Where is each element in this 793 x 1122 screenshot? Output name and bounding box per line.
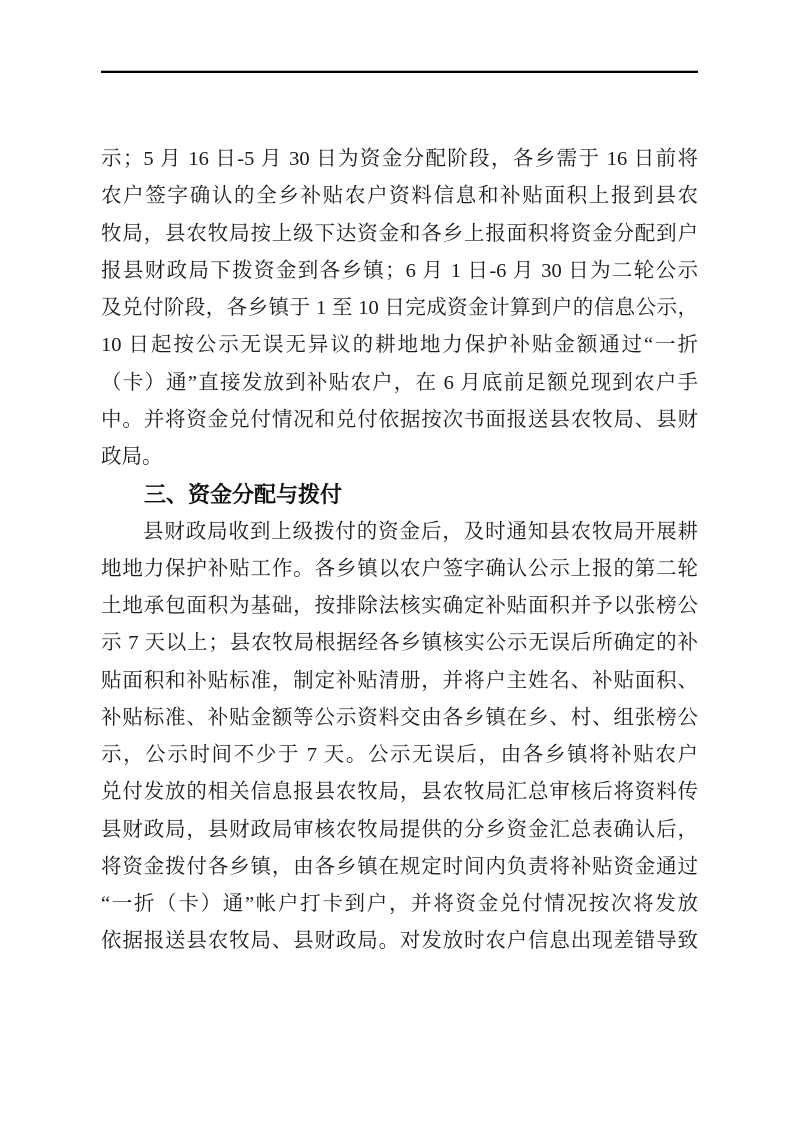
- text-line: “一折（卡）通”帐户打卡到户，并将资金兑付情况按次将发放: [101, 886, 698, 923]
- text-line: 地地力保护补贴工作。各乡镇以农户签字确认公示上报的第二轮: [101, 551, 698, 588]
- header-rule: [101, 70, 698, 73]
- text-line: 县财政局收到上级拨付的资金后，及时通知县农牧局开展耕: [101, 514, 698, 551]
- text-line: 牧局，县农牧局按上级下达资金和各乡上报面积将资金分配到户: [101, 216, 698, 253]
- text-line: 示 7 天以上；县农牧局根据经各乡镇核实公示无误后所确定的补: [101, 625, 698, 662]
- text-line: 兑付发放的相关信息报县农牧局，县农牧局汇总审核后将资料传: [101, 774, 698, 811]
- text-line: 贴面积和补贴标准，制定补贴清册，并将户主姓名、补贴面积、: [101, 663, 698, 700]
- document-page: 示；5 月 16 日-5 月 30 日为资金分配阶段，各乡需于 16 日前将 农…: [0, 0, 793, 1122]
- text-line: 农户签字确认的全乡补贴农户资料信息和补贴面积上报到县农: [101, 178, 698, 215]
- text-line: 报县财政局下拨资金到各乡镇；6 月 1 日-6 月 30 日为二轮公示: [101, 253, 698, 290]
- text-line: 将资金拨付各乡镇，由各乡镇在规定时间内负责将补贴资金通过: [101, 849, 698, 886]
- text-line: 依据报送县农牧局、县财政局。对发放时农户信息出现差错导致: [101, 923, 698, 960]
- text-line: 示；5 月 16 日-5 月 30 日为资金分配阶段，各乡需于 16 日前将: [101, 141, 698, 178]
- text-line: 补贴标准、补贴金额等公示资料交由各乡镇在乡、村、组张榜公: [101, 700, 698, 737]
- body-text: 示；5 月 16 日-5 月 30 日为资金分配阶段，各乡需于 16 日前将 农…: [101, 141, 698, 961]
- text-line: 及兑付阶段，各乡镇于 1 至 10 日完成资金计算到户的信息公示，: [101, 290, 698, 327]
- text-line: （卡）通”直接发放到补贴农户，在 6 月底前足额兑现到农户手: [101, 365, 698, 402]
- text-line: 中。并将资金兑付情况和兑付依据按次书面报送县农牧局、县财: [101, 402, 698, 439]
- text-line: 土地承包面积为基础，按排除法核实确定补贴面积并予以张榜公: [101, 588, 698, 625]
- text-line: 示，公示时间不少于 7 天。公示无误后，由各乡镇将补贴农户: [101, 737, 698, 774]
- section-heading: 三、资金分配与拨付: [101, 476, 698, 513]
- text-line: 政局。: [101, 439, 698, 476]
- text-line: 县财政局，县财政局审核农牧局提供的分乡资金汇总表确认后，: [101, 812, 698, 849]
- text-line: 10 日起按公示无误无异议的耕地地力保护补贴金额通过“一折: [101, 327, 698, 364]
